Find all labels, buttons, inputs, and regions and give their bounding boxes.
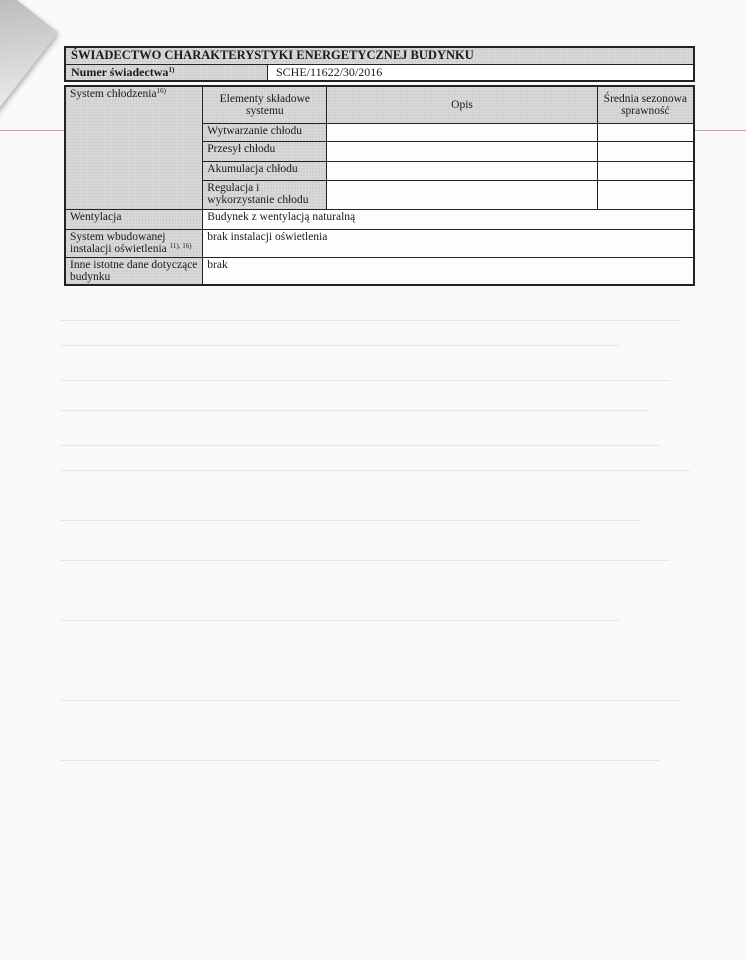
cooling-system-label: System chłodzenia16)	[65, 86, 203, 209]
cooling-header-row: System chłodzenia16) Elementy składowe s…	[65, 86, 694, 123]
bleed-through-text	[60, 470, 690, 471]
other-data-row: Inne istotne dane dotyczące budynku brak	[65, 257, 694, 285]
other-data-value: brak	[203, 257, 694, 285]
cooling-efficiency	[597, 161, 694, 180]
other-data-label: Inne istotne dane dotyczące budynku	[65, 257, 203, 285]
footnote-marker: 11), 16)	[170, 242, 192, 250]
cooling-efficiency	[597, 123, 694, 141]
cooling-element: Regulacja i wykorzystanie chłodu	[203, 180, 327, 209]
footnote-marker: 16)	[157, 87, 166, 95]
certificate-header: ŚWIADECTWO CHARAKTERYSTYKI ENERGETYCZNEJ…	[64, 46, 695, 82]
bleed-through-text	[60, 520, 640, 521]
cooling-element: Przesył chłodu	[203, 141, 327, 161]
document-title: ŚWIADECTWO CHARAKTERYSTYKI ENERGETYCZNEJ…	[66, 48, 693, 65]
cooling-efficiency	[597, 180, 694, 209]
lighting-label: System wbudowanej instalacji oświetlenia…	[65, 229, 203, 257]
ventilation-label: Wentylacja	[65, 209, 203, 229]
certificate-number-label: Numer świadectwa1)	[66, 65, 268, 80]
cooling-description	[327, 141, 597, 161]
cooling-description	[327, 180, 597, 209]
column-header-description: Opis	[327, 86, 597, 123]
ventilation-row: Wentylacja Budynek z wentylacją naturaln…	[65, 209, 694, 229]
column-header-elements: Elementy składowe systemu	[203, 86, 327, 123]
footnote-marker: 1)	[168, 66, 174, 74]
bleed-through-text	[60, 345, 620, 346]
bleed-through-text	[60, 320, 680, 321]
bleed-through-text	[60, 760, 660, 761]
cooling-efficiency	[597, 141, 694, 161]
bleed-through-text	[60, 445, 660, 446]
building-systems-table: System chłodzenia16) Elementy składowe s…	[64, 85, 695, 286]
column-header-efficiency: Średnia sezonowa sprawność	[597, 86, 694, 123]
page-fold-shadow	[0, 0, 58, 158]
certificate-number-row: Numer świadectwa1) SCHE/11622/30/2016	[66, 65, 693, 80]
bleed-through-text	[60, 410, 650, 411]
lighting-row: System wbudowanej instalacji oświetlenia…	[65, 229, 694, 257]
cooling-element: Akumulacja chłodu	[203, 161, 327, 180]
lighting-value: brak instalacji oświetlenia	[203, 229, 694, 257]
bleed-through-text	[60, 560, 670, 561]
cooling-description	[327, 161, 597, 180]
bleed-through-text	[60, 380, 670, 381]
cooling-description	[327, 123, 597, 141]
bleed-through-text	[60, 700, 680, 701]
ventilation-value: Budynek z wentylacją naturalną	[203, 209, 694, 229]
certificate-number-value: SCHE/11622/30/2016	[268, 65, 693, 80]
cooling-element: Wytwarzanie chłodu	[203, 123, 327, 141]
bleed-through-text	[60, 620, 620, 621]
